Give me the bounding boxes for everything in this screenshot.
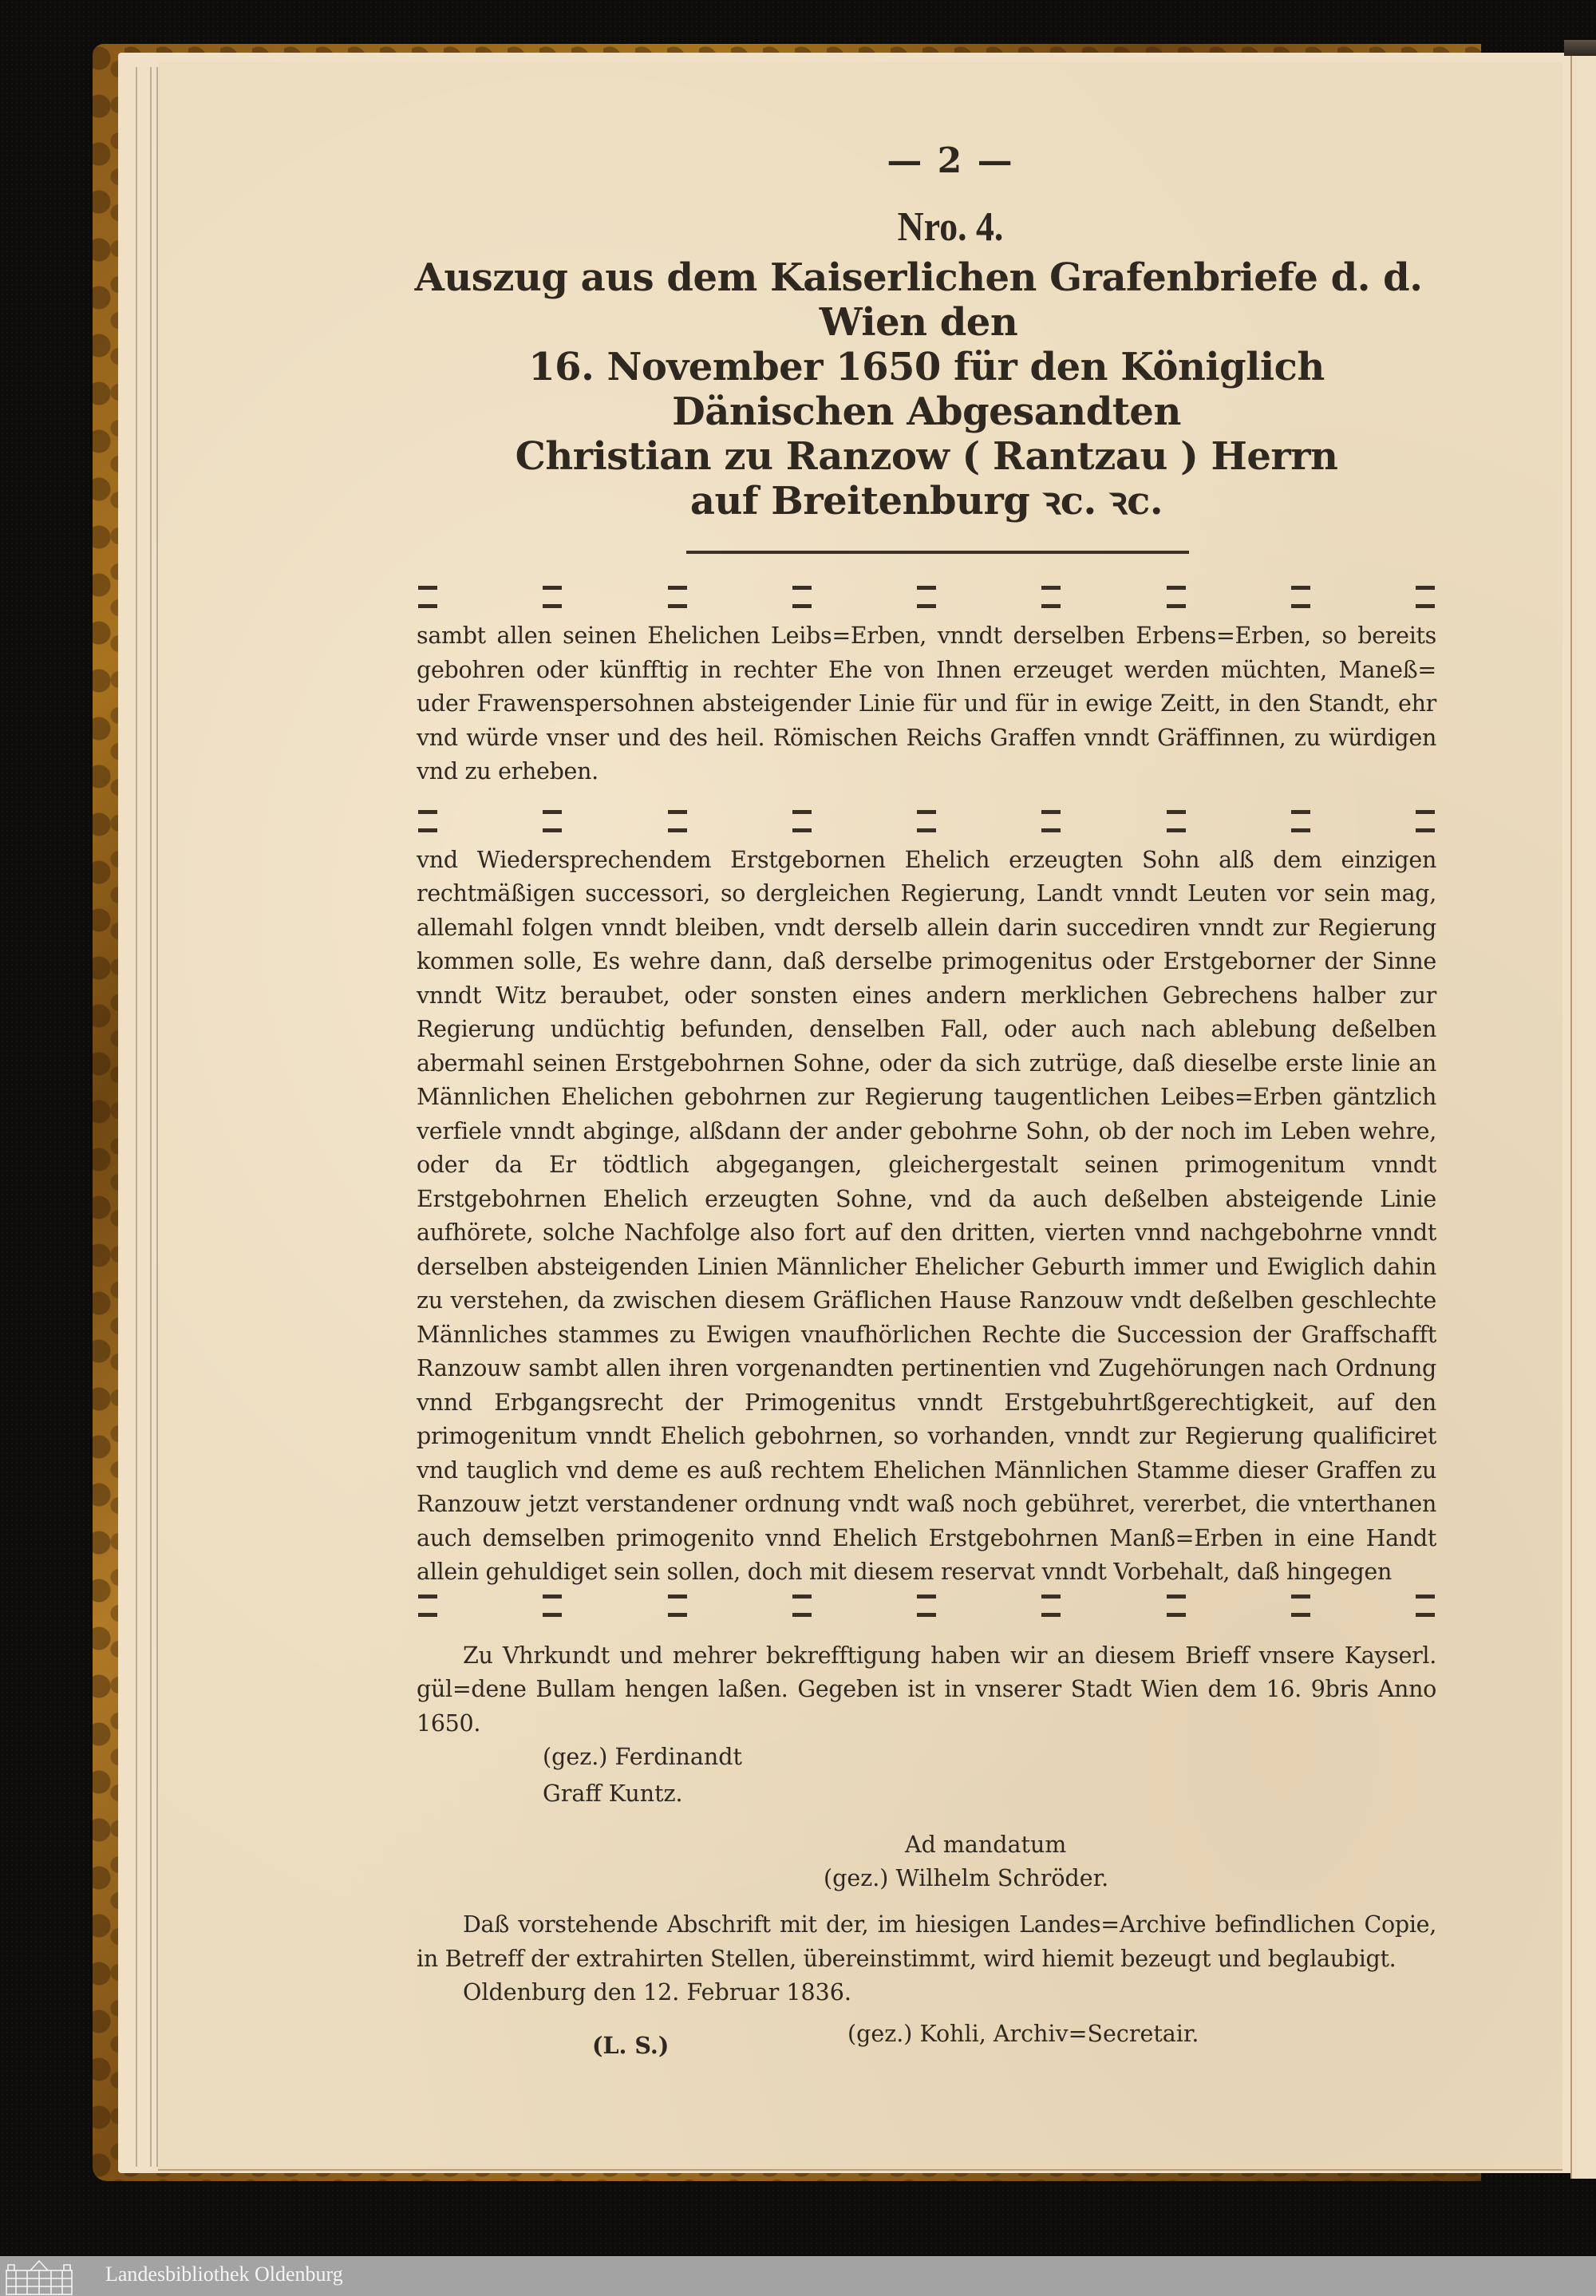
dash — [1416, 828, 1435, 832]
title-divider — [686, 551, 1189, 554]
dash — [792, 1595, 812, 1599]
seal-mark: (L. S.) — [592, 2029, 669, 2062]
title-line: Christian zu Ranzow ( Rantzau ) Herrn — [417, 434, 1436, 479]
dash — [543, 810, 562, 814]
dash — [668, 1595, 687, 1599]
paragraph: Zu Vhrkundt und mehrer bekrefftigung hab… — [417, 1639, 1436, 1741]
dash — [1167, 1613, 1186, 1617]
ellipsis-row — [417, 586, 1436, 590]
dash — [1167, 1595, 1186, 1599]
dash — [1416, 604, 1435, 608]
ellipsis-row — [417, 1613, 1436, 1617]
paragraph: sambt allen seinen Ehelichen Leibs=Erben… — [417, 619, 1436, 789]
page-edge — [136, 67, 137, 2167]
document-title: Auszug aus dem Kaiserlichen Grafenbriefe… — [417, 255, 1436, 524]
dash — [917, 828, 936, 832]
dash — [1167, 604, 1186, 608]
dash — [543, 586, 562, 590]
dash — [1416, 1613, 1435, 1617]
place-date: Oldenburg den 12. Februar 1836. — [463, 1976, 1436, 2009]
dash — [917, 1595, 936, 1599]
final-signature-block: (L. S.) (gez.) Kohli, Archiv=Secretair. — [417, 2017, 1436, 2065]
page-edge — [150, 67, 152, 2167]
library-building-icon — [5, 2258, 73, 2296]
dash — [418, 810, 437, 814]
dash — [917, 604, 936, 608]
dash — [1416, 810, 1435, 814]
dash — [1041, 1595, 1061, 1599]
dash — [792, 1613, 812, 1617]
dash — [418, 586, 437, 590]
dash — [1041, 828, 1061, 832]
title-line: auf Breitenburg ꝛc. ꝛc. — [417, 479, 1436, 524]
facing-page-edge — [1570, 56, 1596, 2179]
dash — [418, 828, 437, 832]
dash — [1416, 586, 1435, 590]
dash — [1041, 586, 1061, 590]
dash — [1291, 604, 1310, 608]
dash — [792, 810, 812, 814]
dash — [1167, 828, 1186, 832]
signature-graff-kuntz: Graff Kuntz. — [543, 1777, 1436, 1811]
binding-spine — [1564, 40, 1596, 56]
dash — [1041, 1613, 1061, 1617]
dash — [668, 604, 687, 608]
dash — [543, 1595, 562, 1599]
title-line: Auszug aus dem Kaiserlichen Grafenbriefe… — [401, 255, 1436, 345]
ellipsis-row — [417, 604, 1436, 608]
dash — [1291, 828, 1310, 832]
dash — [668, 1613, 687, 1617]
certification-paragraph: Daß vorstehende Abschrift mit der, im hi… — [417, 1908, 1436, 1976]
dash — [1167, 586, 1186, 590]
dash — [1291, 1613, 1310, 1617]
dash — [1167, 810, 1186, 814]
dash — [418, 1613, 437, 1617]
dash — [543, 828, 562, 832]
dash — [792, 604, 812, 608]
page-number: — 2 — — [464, 140, 1436, 181]
dash — [668, 828, 687, 832]
dash — [1291, 810, 1310, 814]
archivist-signature: (gez.) Kohli, Archiv=Secretair. — [847, 2017, 1199, 2051]
dash — [668, 586, 687, 590]
dash — [418, 604, 437, 608]
document-number: Nro. 4. — [523, 204, 1378, 251]
ellipsis-row — [417, 828, 1436, 832]
dash — [917, 1613, 936, 1617]
page-text: — 2 — Nro. 4. Auszug aus dem Kaiserliche… — [417, 140, 1436, 2065]
signature-wilhelm-schroeder: (gez.) Wilhelm Schröder. — [824, 1862, 1436, 1895]
footer-bar: Landesbibliothek Oldenburg — [0, 2256, 1596, 2296]
ad-mandatum: Ad mandatum — [905, 1828, 1436, 1862]
paragraph: vnd Wiedersprechendem Erstgebornen Eheli… — [417, 844, 1436, 1590]
dash — [917, 586, 936, 590]
ellipsis-row — [417, 810, 1436, 814]
library-name: Landesbibliothek Oldenburg — [105, 2262, 343, 2286]
dash — [1041, 810, 1061, 814]
dash — [792, 828, 812, 832]
ellipsis-row — [417, 1595, 1436, 1599]
dash — [1416, 1595, 1435, 1599]
dash — [917, 810, 936, 814]
dash — [668, 810, 687, 814]
title-line: 16. November 1650 für den Königlich Däni… — [417, 345, 1436, 434]
dash — [1291, 1595, 1310, 1599]
dash — [543, 1613, 562, 1617]
dash — [543, 604, 562, 608]
dash — [1291, 586, 1310, 590]
signature-ferdinandt: (gez.) Ferdinandt — [543, 1741, 1436, 1774]
dash — [418, 1595, 437, 1599]
dash — [1041, 604, 1061, 608]
dash — [792, 586, 812, 590]
